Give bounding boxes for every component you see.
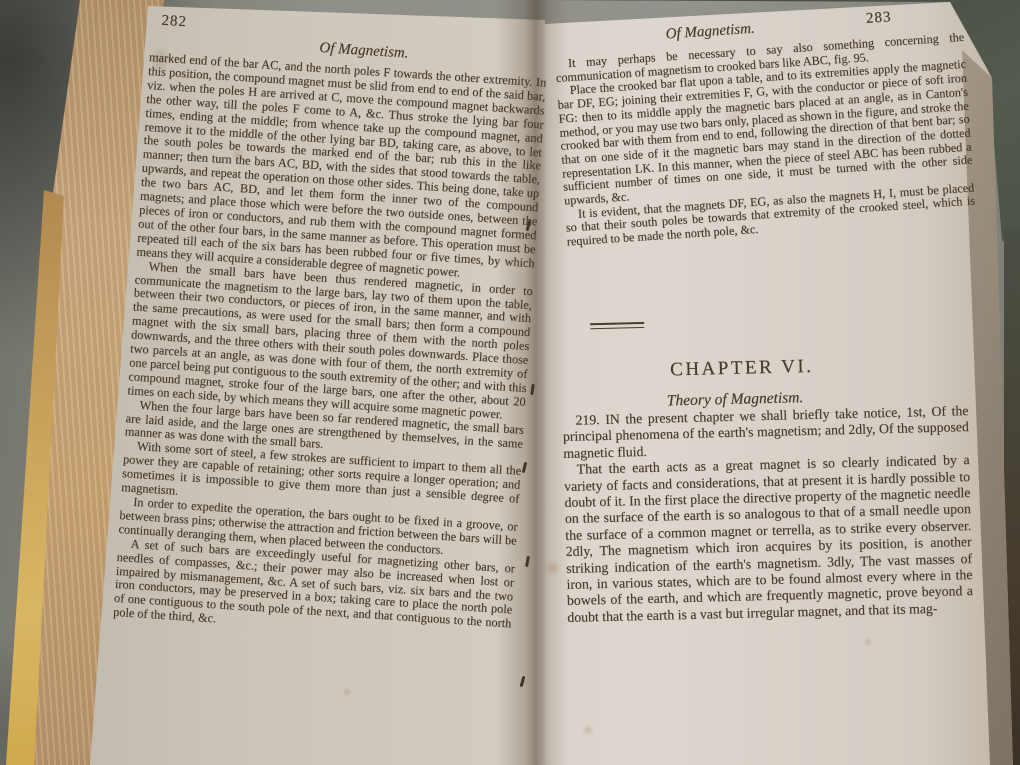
paragraph: That the earth acts as a great magnet is… <box>564 452 974 626</box>
paragraph: marked end of the bar AC, and the north … <box>136 51 547 285</box>
open-book-photo: 282 Of Magnetism. marked end of the bar … <box>0 0 1020 765</box>
section-divider <box>590 322 644 329</box>
chapter-section: CHAPTER VI. Theory of Magnetism. 219. IN… <box>560 308 973 626</box>
chapter-heading: CHAPTER VI. <box>561 352 967 384</box>
paragraph: When the small bars have been thus rende… <box>127 259 533 423</box>
left-page-body: marked end of the bar AC, and the north … <box>113 51 547 646</box>
right-page-content-top: Of Magnetism. It may perhaps be necessar… <box>553 7 976 250</box>
left-page-content: 282 Of Magnetism. marked end of the bar … <box>113 12 549 646</box>
right-page-body: It may perhaps be necessary to say also … <box>555 31 977 250</box>
